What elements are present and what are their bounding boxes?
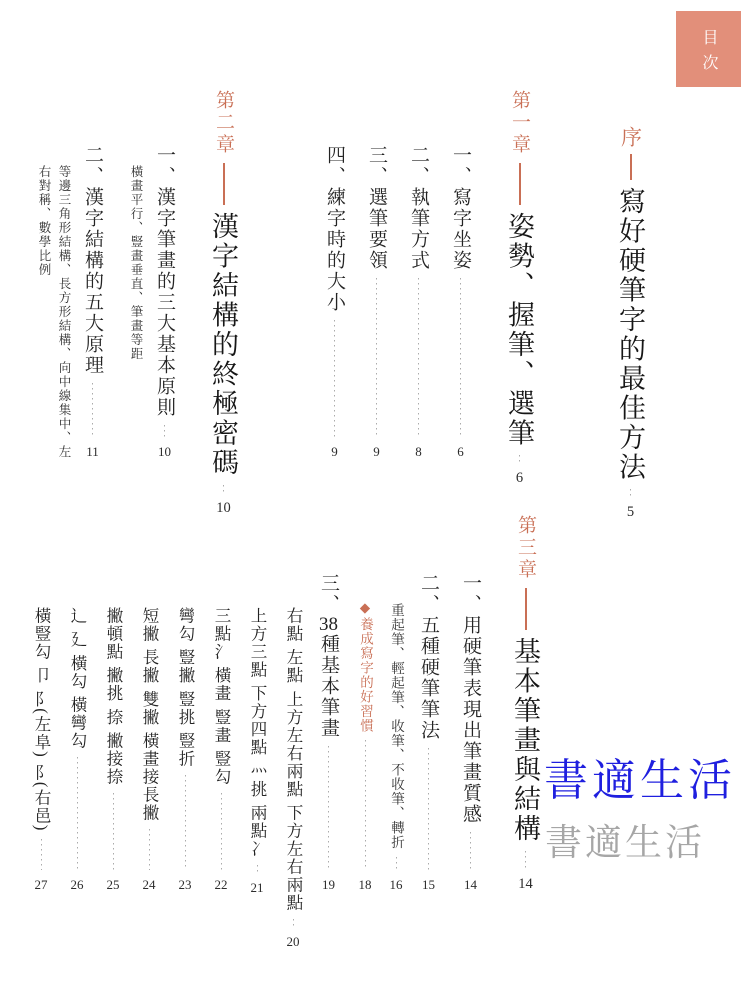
heading-dash (519, 163, 521, 205)
toc-entry-note: 橫畫平行、豎畫垂直、筆畫等距 (126, 90, 146, 460)
dotted-leader (418, 278, 419, 437)
page-number: 18 (359, 875, 372, 893)
toc-entry: 二、漢字結構的五大原理 11 (79, 90, 106, 460)
toc-entry-label: 彎勾 豎撇 豎挑 豎折 (173, 607, 197, 768)
dotted-leader (77, 757, 78, 870)
dotted-leader (113, 793, 114, 870)
dotted-leader (223, 485, 224, 493)
toc-entry-label: 四、練字時的大小 (321, 145, 348, 313)
toc-entry-label: 右點 左點 上方左右兩點 下方左右兩點 (281, 607, 305, 912)
page-number: 20 (287, 932, 300, 950)
dotted-leader (149, 829, 150, 870)
toc-entry-label: 一、寫字坐姿 (447, 145, 474, 271)
toc-entry-chapter1: 第一章 姿勢、握筆、選筆 6 (500, 90, 539, 460)
watermark-blue: 書適生活 (544, 744, 736, 808)
toc-top-section: 序 寫好硬筆字的最佳方法 5 第一章 姿勢、握筆、選筆 6 一、寫字坐姿 6 二… (95, 90, 650, 460)
toc-entry-strokes: 橫豎勾 卩 阝(左阜) 阝(右邑) 27 (29, 515, 53, 893)
toc-entry-label: 撇頓點 撇挑 捺 撇接捺 (101, 607, 125, 786)
page-number: 14 (518, 874, 533, 893)
toc-entry-label: 短撇 長撇 雙撇 橫畫接長撇 (137, 607, 161, 822)
toc-entry: 一、用硬筆表現出筆畫質感 14 (457, 515, 484, 893)
toc-entry-label: 一、漢字筆畫的三大基本原則 (151, 145, 178, 418)
toc-entry-label: 上方三點 下方四點灬 挑 兩點冫 (245, 607, 269, 858)
preface-heading: 序 (616, 126, 646, 147)
toc-entry-strokes: 辶 廴 橫勾 橫彎勾 26 (65, 515, 89, 893)
toc-entry: 一、寫字坐姿 6 (447, 90, 474, 460)
toc-entry-highlight: ◆養成寫字的好習慣 18 (355, 515, 375, 893)
page-number: 10 (216, 498, 231, 517)
dotted-leader (41, 839, 42, 870)
toc-entry-chapter2: 第二章 漢字結構的終極密碼 10 (204, 90, 243, 460)
toc-entry-label: 二、漢字結構的五大原理 (79, 145, 106, 376)
page-number: 14 (464, 875, 477, 893)
dotted-leader (164, 425, 165, 437)
toc-entry-preface: 序 寫好硬筆字的最佳方法 5 (611, 90, 650, 460)
watermark-gray: 書適生活 (545, 812, 705, 866)
dotted-leader (630, 489, 631, 497)
toc-tab-label: 目次 (697, 20, 720, 79)
heading-dash (525, 588, 527, 630)
chapter-heading: 第三章 (512, 515, 539, 581)
page-number: 23 (179, 875, 192, 893)
dotted-leader (257, 865, 258, 873)
page-number: 25 (107, 875, 120, 893)
dotted-leader (92, 383, 93, 437)
toc-entry-strokes: 短撇 長撇 雙撇 橫畫接長撇 24 (137, 515, 161, 893)
dotted-leader (525, 851, 526, 870)
page-number: 15 (422, 875, 435, 893)
page-number: 21 (251, 878, 264, 896)
toc-entry: 三、選筆要領 9 (363, 90, 390, 460)
toc-entry: 四、練字時的大小 9 (321, 90, 348, 460)
dotted-leader (185, 775, 186, 870)
page-number: 26 (71, 875, 84, 893)
toc-entry: 二、五種硬筆筆法 15 (415, 515, 442, 893)
toc-entry-strokes: 彎勾 豎撇 豎挑 豎折 23 (173, 515, 197, 893)
page-number: 19 (322, 875, 335, 893)
toc-entry-subnote: 重起筆、輕起筆、收筆、不收筆、轉折 16 (386, 515, 406, 893)
chapter-heading: 第二章 (210, 90, 237, 156)
page-number: 10 (158, 442, 171, 460)
page-number: 22 (215, 875, 228, 893)
page-number: 9 (373, 442, 380, 460)
heading-dash (223, 163, 225, 205)
page-number: 6 (516, 468, 523, 487)
dotted-leader (519, 455, 520, 463)
heading-dash (630, 154, 632, 180)
dotted-leader (376, 278, 377, 437)
dotted-leader (328, 746, 329, 870)
page-number: 5 (627, 502, 634, 521)
dotted-leader (470, 832, 471, 870)
page-number: 16 (390, 875, 403, 893)
toc-entry-label: 重起筆、輕起筆、收筆、不收筆、轉折 (386, 603, 406, 850)
dotted-leader (365, 740, 366, 870)
toc-entry-with-note: 二、漢字結構的五大原理 11 等邊三角形結構、長方形結構、向中線集中、左右對稱、… (34, 90, 106, 460)
toc-entry-with-note: 一、漢字筆畫的三大基本原則 10 橫畫平行、豎畫垂直、筆畫等距 (126, 90, 178, 460)
toc-entry: 三、38種基本筆畫 19 (315, 515, 342, 893)
page-number: 6 (457, 442, 464, 460)
page-number: 8 (415, 442, 422, 460)
toc-entry-label: 二、執筆方式 (405, 145, 432, 271)
toc-entry-note: 等邊三角形結構、長方形結構、向中線集中、左右對稱、數學比例 (34, 90, 74, 460)
dotted-leader (221, 793, 222, 870)
chapter-heading: 第一章 (506, 90, 533, 156)
toc-entry-strokes: 三點氵 橫畫 豎畫 豎勾 22 (209, 515, 233, 893)
toc-entry: 二、執筆方式 8 (405, 90, 432, 460)
page-number: 27 (35, 875, 48, 893)
toc-entry-label: 三點氵 橫畫 豎畫 豎勾 (209, 607, 233, 786)
toc-corner-tab: 目次 (676, 11, 741, 87)
dotted-leader (334, 320, 335, 437)
toc-entry-strokes: 撇頓點 撇挑 捺 撇接捺 25 (101, 515, 125, 893)
toc-entry-label: 三、38種基本筆畫 (315, 573, 342, 739)
toc-entry-label: 二、五種硬筆筆法 (415, 573, 442, 741)
dotted-leader (460, 278, 461, 437)
toc-entry-label: ◆養成寫字的好習慣 (355, 600, 375, 733)
page-number: 11 (86, 442, 99, 460)
toc-entry-strokes: 上方三點 下方四點灬 挑 兩點冫 21 (245, 515, 269, 893)
chapter-title: 漢字結構的終極密碼 (204, 212, 243, 478)
toc-entry-label: 一、用硬筆表現出筆畫質感 (457, 573, 484, 825)
toc-entry-chapter3: 第三章 基本筆畫與結構 14 (506, 515, 545, 893)
toc-entry: 一、漢字筆畫的三大基本原則 10 (151, 90, 178, 460)
page-number: 24 (143, 875, 156, 893)
dotted-leader (428, 748, 429, 870)
preface-title: 寫好硬筆字的最佳方法 (611, 187, 650, 482)
dotted-leader (293, 919, 294, 927)
toc-bottom-section: 第三章 基本筆畫與結構 14 一、用硬筆表現出筆畫質感 14 二、五種硬筆筆法 … (84, 515, 545, 893)
toc-entry-strokes: 右點 左點 上方左右兩點 下方左右兩點 20 (281, 515, 305, 893)
dotted-leader (396, 857, 397, 871)
chapter-title: 基本筆畫與結構 (506, 637, 545, 844)
page-number: 9 (331, 442, 338, 460)
toc-entry-label: 三、選筆要領 (363, 145, 390, 271)
chapter-title: 姿勢、握筆、選筆 (500, 212, 539, 448)
toc-entry-label: 辶 廴 橫勾 橫彎勾 (65, 607, 89, 750)
toc-entry-label: 橫豎勾 卩 阝(左阜) 阝(右邑) (29, 607, 53, 832)
